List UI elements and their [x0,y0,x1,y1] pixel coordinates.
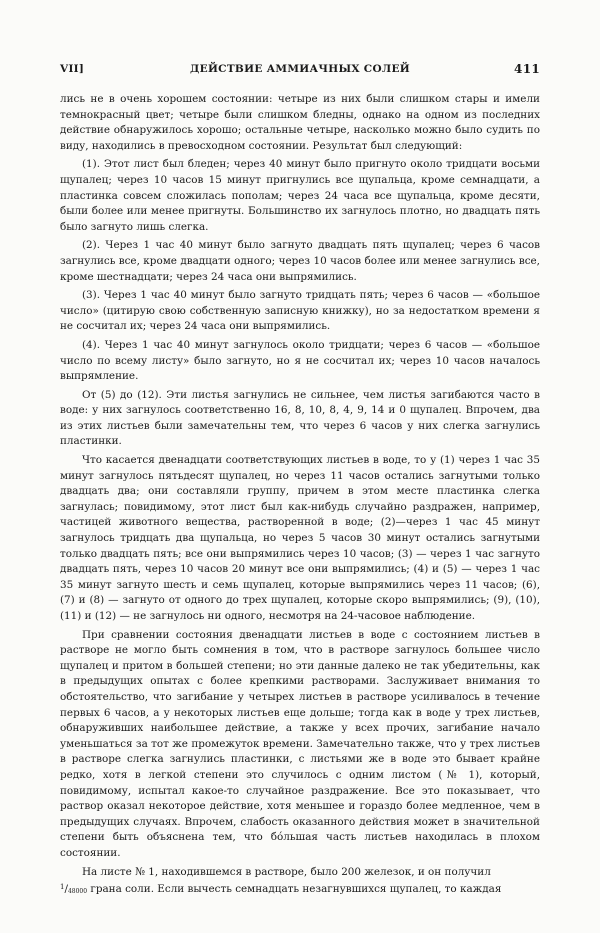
page-body: лись не в очень хорошем состоянии: четыр… [60,92,540,900]
page-number: 411 [514,62,540,76]
paragraph-leaf-1: (1). Этот лист был бледен; через 40 мину… [60,157,540,235]
paragraph-last-line: 1/48000 грана соли. Если вычесть семнадц… [60,880,540,900]
paragraph-water-leaves: Что касается двенадцати соответствующих … [60,453,540,625]
fraction-numerator: 1 [60,883,64,891]
last-line-text: грана соли. Если вычесть семнадцать неза… [87,883,501,895]
fraction-denominator: 48000 [68,888,87,895]
paragraph-continuation: лись не в очень хорошем состоянии: четыр… [60,92,540,154]
book-page: VII] ДЕЙСТВИЕ АММИАЧНЫХ СОЛЕЙ 411 лись н… [0,0,600,933]
running-header: VII] ДЕЙСТВИЕ АММИАЧНЫХ СОЛЕЙ 411 [60,63,540,79]
paragraph-leaves-5-12: От (5) до (12). Эти листья загнулись не … [60,388,540,450]
paragraph-leaf-4: (4). Через 1 час 40 минут загнулось окол… [60,338,540,385]
paragraph-leaf-no1: На листе № 1, находившемся в растворе, б… [60,865,540,881]
paragraph-leaf-2: (2). Через 1 час 40 минут было загнуто д… [60,238,540,285]
running-title: ДЕЙСТВИЕ АММИАЧНЫХ СОЛЕЙ [60,63,540,75]
paragraph-leaf-3: (3). Через 1 час 40 минут было загнуто т… [60,288,540,335]
paragraph-comparison: При сравнении состояния двенадцати листь… [60,628,540,862]
fraction: 1/48000 [60,883,87,895]
